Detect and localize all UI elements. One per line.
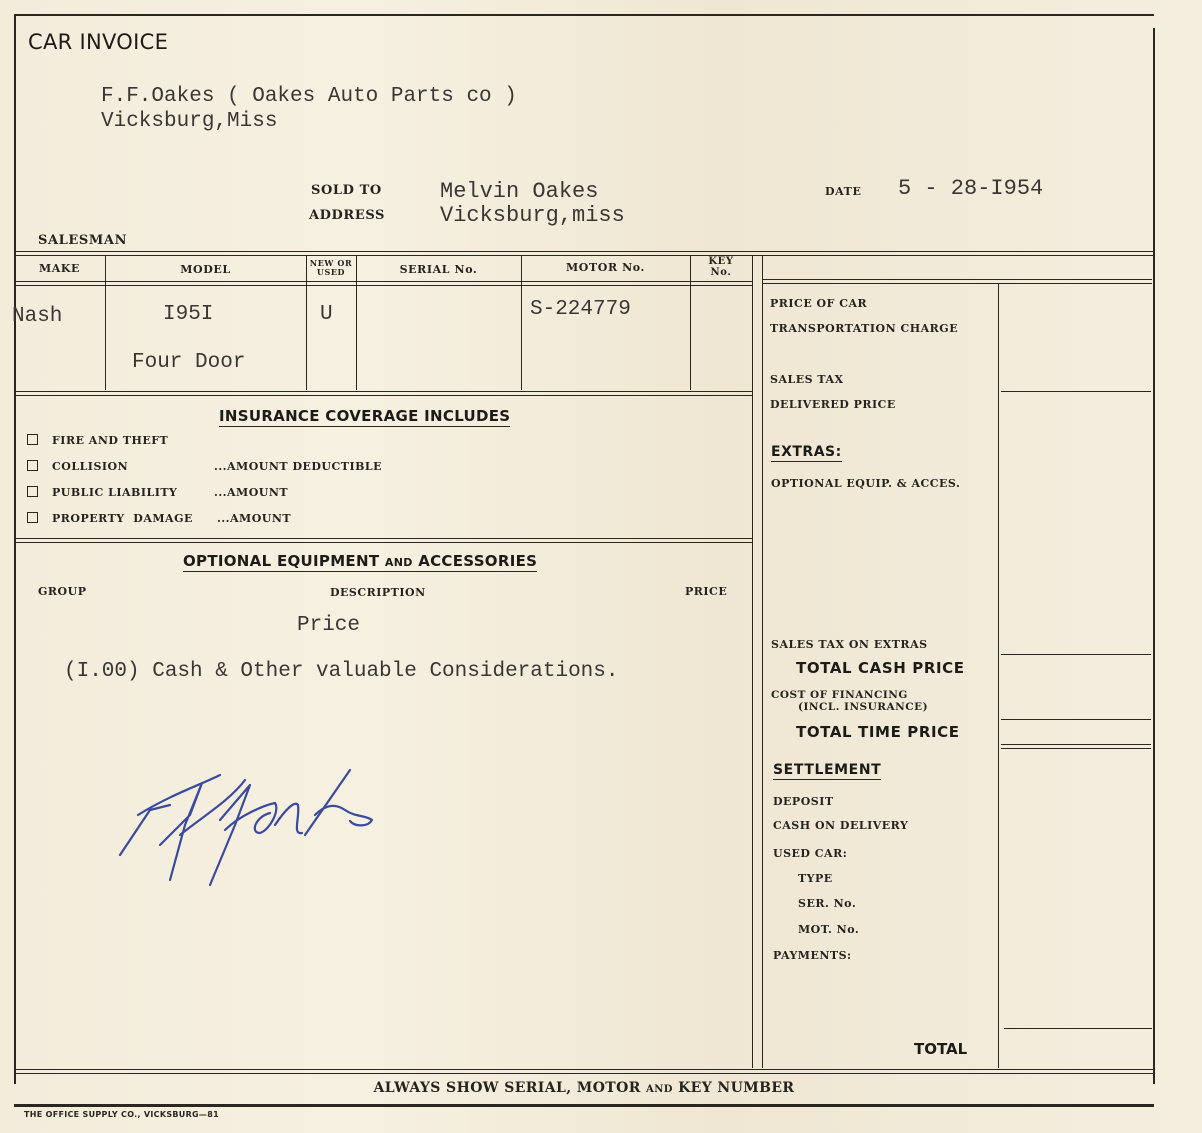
insurance-item-label: COLLISION <box>52 460 128 473</box>
col-model: MODEL <box>105 263 306 276</box>
financing-rule <box>1001 719 1151 720</box>
checkbox-icon[interactable] <box>27 460 38 471</box>
sales-tax-label: SALES TAX <box>770 373 844 386</box>
insurance-collision-suffix: ...AMOUNT DEDUCTIBLE <box>214 460 382 473</box>
checkbox-icon[interactable] <box>27 486 38 497</box>
used-car-mot-no-label: MOT. No. <box>798 923 859 936</box>
insurance-public-liability-suffix: ...AMOUNT <box>214 486 288 499</box>
invoice-paper: CAR INVOICE F.F.Oakes ( Oakes Auto Parts… <box>0 0 1202 1133</box>
col-description: DESCRIPTION <box>330 586 426 599</box>
form-title: CAR INVOICE <box>28 30 168 54</box>
border-left <box>14 14 16 1084</box>
col-group: GROUP <box>38 585 86 598</box>
col-key-line1: KEY <box>690 256 752 267</box>
delivered-price-rule <box>1001 391 1151 392</box>
border-bottom <box>14 1104 1154 1107</box>
footer-notice-part: KEY NUMBER <box>678 1080 794 1096</box>
col-new-or-used: NEW OR USED <box>306 259 356 277</box>
total-rule <box>1004 1028 1152 1029</box>
sold-to-label: SOLD TO <box>311 183 382 198</box>
col-divider <box>105 256 106 390</box>
insurance-item-fire-theft[interactable]: FIRE AND THEFT <box>27 434 168 447</box>
sales-tax-on-extras-label: SALES TAX ON EXTRAS <box>771 638 928 651</box>
motor-value[interactable]: S-224779 <box>530 298 631 321</box>
optional-equipment-heading: OPTIONAL EQUIPMENT AND ACCESSORIES <box>183 552 537 572</box>
panel-header-rule <box>762 279 1152 284</box>
insurance-heading: INSURANCE COVERAGE INCLUDES <box>219 407 510 427</box>
price-of-car-label: PRICE OF CAR <box>770 297 867 310</box>
cost-of-financing-line1: COST OF FINANCING <box>771 689 928 701</box>
checkbox-icon[interactable] <box>27 512 38 523</box>
amount-price-of-car-field[interactable] <box>1003 292 1149 388</box>
insurance-item-property-damage[interactable]: PROPERTY DAMAGE <box>27 512 193 525</box>
make-value[interactable]: Nash <box>12 305 62 328</box>
cash-on-delivery-label: CASH ON DELIVERY <box>773 819 908 832</box>
checkbox-icon[interactable] <box>27 434 38 445</box>
footer-notice-part: AND <box>646 1084 673 1095</box>
optional-typed-consideration: (I.00) Cash & Other valuable Considerati… <box>64 660 619 683</box>
optional-equip-label: OPTIONAL EQUIP. & ACCES. <box>771 477 960 490</box>
new-or-used-value[interactable]: U <box>320 303 333 326</box>
footer-notice: ALWAYS SHOW SERIAL, MOTOR AND KEY NUMBER <box>14 1080 1154 1096</box>
total-time-price-rule <box>1001 744 1151 749</box>
heading-part: ACCESSORIES <box>418 552 537 570</box>
printer-credit: THE OFFICE SUPPLY CO., VICKSBURG—81 <box>24 1110 219 1119</box>
model-year-value[interactable]: I95I <box>163 303 213 326</box>
col-key-line2: No. <box>690 267 752 278</box>
salesman-label: SALESMAN <box>38 233 127 248</box>
header-rule <box>14 251 1154 256</box>
signature-icon <box>110 755 380 895</box>
main-divider-inner <box>762 256 763 1068</box>
model-body-value[interactable]: Four Door <box>132 351 245 374</box>
settlement-heading: SETTLEMENT <box>773 762 881 780</box>
table-header-rule <box>14 281 752 286</box>
col-new-or-used-line2: USED <box>306 268 356 277</box>
amount-total-field[interactable] <box>1006 1032 1150 1066</box>
col-divider <box>521 256 522 390</box>
used-car-ser-no-label: SER. No. <box>798 897 856 910</box>
extras-rule <box>1001 654 1151 655</box>
col-divider <box>356 256 357 390</box>
border-top <box>14 14 1154 16</box>
optional-typed-price: Price <box>297 614 360 637</box>
total-cash-price-label: TOTAL CASH PRICE <box>796 659 965 677</box>
extras-heading: EXTRAS: <box>771 444 842 462</box>
insurance-property-damage-suffix: ...AMOUNT <box>217 512 291 525</box>
amount-total-cash-field[interactable] <box>1003 658 1149 716</box>
heading-part: OPTIONAL EQUIPMENT <box>183 552 379 570</box>
sold-to-field[interactable]: Melvin Oakes <box>440 179 598 204</box>
col-serial: SERIAL No. <box>356 263 521 276</box>
delivered-price-label: DELIVERED PRICE <box>770 398 896 411</box>
date-label: DATE <box>825 185 861 198</box>
amount-extras-field[interactable] <box>1003 396 1149 651</box>
address-label: ADDRESS <box>309 208 385 223</box>
total-label: TOTAL <box>914 1040 967 1058</box>
date-field[interactable]: 5 - 28-I954 <box>898 176 1043 201</box>
payments-label: PAYMENTS: <box>773 949 852 962</box>
vehicle-row-rule <box>14 391 752 396</box>
insurance-item-public-liability[interactable]: PUBLIC LIABILITY <box>27 486 177 499</box>
seller-city: Vicksburg,Miss <box>101 110 277 133</box>
footer-notice-part: ALWAYS SHOW SERIAL, MOTOR <box>374 1080 641 1096</box>
insurance-item-label: PROPERTY DAMAGE <box>52 512 193 525</box>
used-car-type-label: TYPE <box>798 872 833 885</box>
amount-settlement-field[interactable] <box>1003 752 1149 1024</box>
seller-name: F.F.Oakes ( Oakes Auto Parts co ) <box>101 85 517 108</box>
used-car-label: USED CAR: <box>773 847 847 860</box>
salesman-field[interactable] <box>150 228 300 246</box>
amount-total-time-field[interactable] <box>1003 723 1149 741</box>
address-field[interactable]: Vicksburg,miss <box>440 203 625 228</box>
total-time-price-label: TOTAL TIME PRICE <box>796 723 960 741</box>
amount-column-divider <box>998 284 999 1068</box>
transportation-charge-label: TRANSPORTATION CHARGE <box>770 322 958 335</box>
main-divider <box>752 256 753 1068</box>
col-price: PRICE <box>685 585 727 598</box>
insurance-item-collision[interactable]: COLLISION <box>27 460 128 473</box>
deposit-label: DEPOSIT <box>773 795 834 808</box>
cost-of-financing-label: COST OF FINANCING (INCL. INSURANCE) <box>771 689 928 713</box>
cost-of-financing-line2: (INCL. INSURANCE) <box>771 701 928 713</box>
col-make: MAKE <box>14 262 105 275</box>
col-motor: MOTOR No. <box>521 261 690 274</box>
insurance-item-label: FIRE AND THEFT <box>52 434 168 447</box>
footer-rule <box>14 1069 1154 1074</box>
insurance-bottom-rule <box>14 538 752 543</box>
col-key: KEY No. <box>690 256 752 278</box>
insurance-item-label: PUBLIC LIABILITY <box>52 486 177 499</box>
border-right <box>1153 28 1155 1084</box>
heading-part: AND <box>385 556 413 569</box>
